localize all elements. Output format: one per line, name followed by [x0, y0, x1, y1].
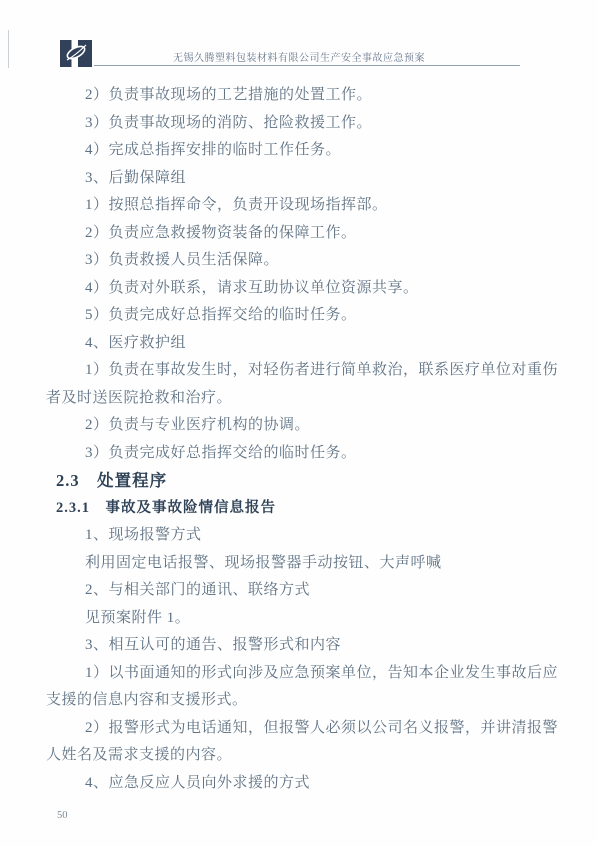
list-item-heading: 4、应急反应人员向外求援的方式 — [46, 770, 552, 798]
paragraph-line: 3）负责救援人员生活保障。 — [46, 247, 552, 275]
paragraph-line: 2）负责与专业医疗机构的协调。 — [46, 412, 552, 440]
list-item-heading: 2、与相关部门的通讯、联络方式 — [46, 577, 552, 605]
document-body: 2）负责事故现场的工艺措施的处置工作。 3）负责事故现场的消防、抢险救援工作。 … — [46, 82, 552, 797]
section-heading: 2.3 处置程序 — [46, 467, 552, 495]
page-number: 50 — [57, 810, 68, 821]
paragraph-line: 3）负责事故现场的消防、抢险救援工作。 — [46, 110, 552, 138]
paragraph-line: 4）完成总指挥安排的临时工作任务。 — [46, 137, 552, 165]
paragraph-line: 2）负责事故现场的工艺措施的处置工作。 — [46, 82, 552, 110]
paragraph-line: 者及时送医院抢救和治疗。 — [46, 385, 552, 413]
list-item-heading: 4、医疗救护组 — [46, 330, 552, 358]
list-item-heading: 1、现场报警方式 — [46, 522, 552, 550]
paragraph-line: 利用固定电话报警、现场报警器手动按钮、大声呼喊 — [46, 550, 552, 578]
document-page: 无锡久腾塑料包装材料有限公司生产安全事故应急预案 2）负责事故现场的工艺措施的处… — [0, 0, 598, 846]
list-item-heading: 3、后勤保障组 — [46, 165, 552, 193]
paragraph-line: 人姓名及需求支援的内容。 — [46, 742, 552, 770]
paragraph-line: 1）以书面通知的形式向涉及应急预案单位，告知本企业发生事故后应 — [46, 660, 552, 688]
header-rule — [94, 65, 520, 66]
list-item-heading: 3、相互认可的通告、报警形式和内容 — [46, 632, 552, 660]
paragraph-line: 1）负责在事故发生时，对轻伤者进行简单救治，联系医疗单位对重伤 — [46, 357, 552, 385]
subsection-heading: 2.3.1 事故及事故险情信息报告 — [46, 495, 552, 523]
header-company-title: 无锡久腾塑料包装材料有限公司生产安全事故应急预案 — [0, 49, 598, 64]
paragraph-line: 1）按照总指挥命令，负责开设现场指挥部。 — [46, 192, 552, 220]
paragraph-line: 4）负责对外联系，请求互助协议单位资源共享。 — [46, 275, 552, 303]
paragraph-line: 3）负责完成好总指挥交给的临时任务。 — [46, 440, 552, 468]
paragraph-line: 支援的信息内容和支援形式。 — [46, 687, 552, 715]
paragraph-line: 见预案附件 1。 — [46, 605, 552, 633]
paragraph-line: 2）报警形式为电话通知，但报警人必须以公司名义报警，并讲清报警 — [46, 715, 552, 743]
paragraph-line: 5）负责完成好总指挥交给的临时任务。 — [46, 302, 552, 330]
paragraph-line: 2）负责应急救援物资装备的保障工作。 — [46, 220, 552, 248]
